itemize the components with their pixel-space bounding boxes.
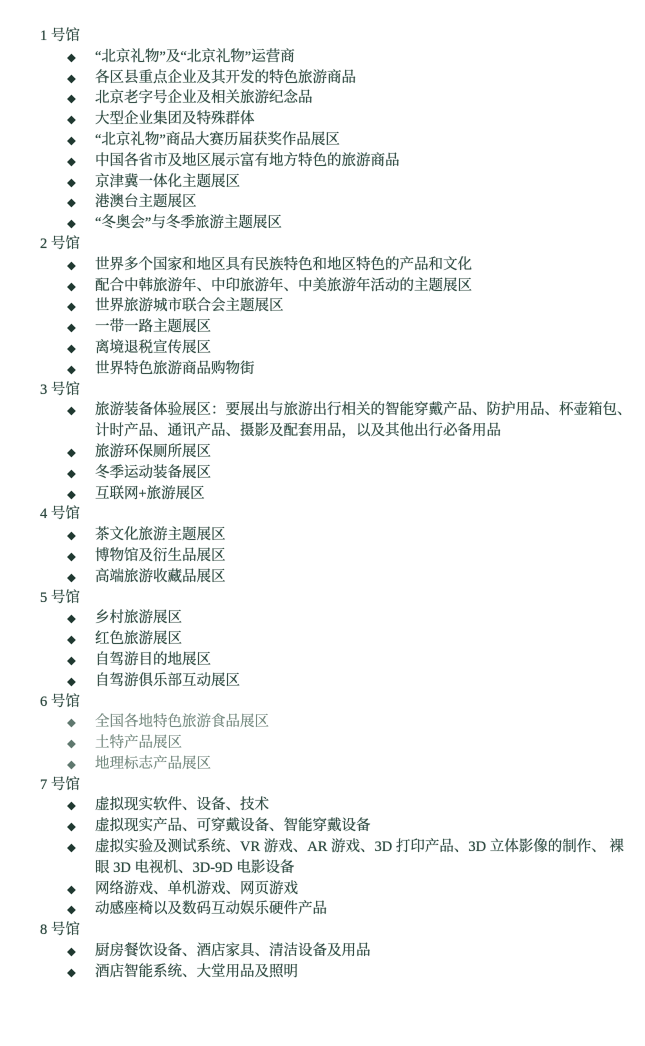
- list-item-text: 茶文化旅游主题展区: [95, 525, 633, 546]
- list-item-text: 世界特色旅游商品购物街: [95, 359, 633, 380]
- list-item-text: 全国各地特色旅游食品展区: [95, 712, 633, 733]
- diamond-bullet-icon: ◆: [40, 88, 95, 109]
- list-item-text: “冬奥会”与冬季旅游主题展区: [95, 213, 633, 234]
- list-item: ◆互联网+旅游展区: [40, 484, 633, 505]
- diamond-bullet-icon: ◆: [40, 484, 95, 505]
- diamond-bullet-icon: ◆: [40, 671, 95, 692]
- diamond-bullet-icon: ◆: [40, 629, 95, 650]
- diamond-bullet-icon: ◆: [40, 338, 95, 359]
- list-item: ◆红色旅游展区: [40, 629, 633, 650]
- diamond-bullet-icon: ◆: [40, 525, 95, 546]
- list-item: ◆虚拟现实产品、可穿戴设备、智能穿戴设备: [40, 816, 633, 837]
- list-item: ◆动感座椅以及数码互动娱乐硬件产品: [40, 899, 633, 920]
- list-item: ◆港澳台主题展区: [40, 192, 633, 213]
- diamond-bullet-icon: ◆: [40, 546, 95, 567]
- list-item: ◆北京老字号企业及相关旅游纪念品: [40, 88, 633, 109]
- list-item: ◆配合中韩旅游年、中印旅游年、中美旅游年活动的主题展区: [40, 276, 633, 297]
- list-item: ◆茶文化旅游主题展区: [40, 525, 633, 546]
- hall-section: 8 号馆◆厨房餐饮设备、酒店家具、清洁设备及用品◆酒店智能系统、大堂用品及照明: [40, 920, 633, 982]
- document-page: 1 号馆◆“北京礼物”及“北京礼物”运营商◆各区县重点企业及其开发的特色旅游商品…: [0, 0, 645, 1046]
- list-item: ◆中国各省市及地区展示富有地方特色的旅游商品: [40, 151, 633, 172]
- diamond-bullet-icon: ◆: [40, 712, 95, 733]
- list-item-text: 地理标志产品展区: [95, 754, 633, 775]
- hall-title: 2 号馆: [40, 234, 633, 255]
- diamond-bullet-icon: ◆: [40, 899, 95, 920]
- list-item-text: 动感座椅以及数码互动娱乐硬件产品: [95, 899, 633, 920]
- list-item-text: 虚拟现实软件、设备、技术: [95, 795, 633, 816]
- hall-section: 3 号馆◆旅游装备体验展区：要展出与旅游出行相关的智能穿戴产品、防护用品、杯壶箱…: [40, 380, 633, 505]
- list-item: ◆“北京礼物”商品大赛历届获奖作品展区: [40, 130, 633, 151]
- list-item-text: 中国各省市及地区展示富有地方特色的旅游商品: [95, 151, 633, 172]
- list-item: ◆虚拟现实软件、设备、技术: [40, 795, 633, 816]
- diamond-bullet-icon: ◆: [40, 255, 95, 276]
- hall-title: 5 号馆: [40, 588, 633, 609]
- hall-section: 4 号馆◆茶文化旅游主题展区◆博物馆及衍生品展区◆高端旅游收藏品展区: [40, 504, 633, 587]
- list-item-text: 网络游戏、单机游戏、网页游戏: [95, 879, 633, 900]
- list-item-text: 红色旅游展区: [95, 629, 633, 650]
- list-item: ◆高端旅游收藏品展区: [40, 567, 633, 588]
- diamond-bullet-icon: ◆: [40, 172, 95, 193]
- list-item: ◆旅游环保厕所展区: [40, 442, 633, 463]
- diamond-bullet-icon: ◆: [40, 733, 95, 754]
- list-item-text: 旅游装备体验展区：要展出与旅游出行相关的智能穿戴产品、防护用品、杯壶箱包、计时产…: [95, 400, 633, 442]
- hall-section: 7 号馆◆虚拟现实软件、设备、技术◆虚拟现实产品、可穿戴设备、智能穿戴设备◆虚拟…: [40, 775, 633, 921]
- diamond-bullet-icon: ◆: [40, 213, 95, 234]
- diamond-bullet-icon: ◆: [40, 941, 95, 962]
- hall-section: 1 号馆◆“北京礼物”及“北京礼物”运营商◆各区县重点企业及其开发的特色旅游商品…: [40, 26, 633, 234]
- list-item-text: 配合中韩旅游年、中印旅游年、中美旅游年活动的主题展区: [95, 276, 633, 297]
- list-item: ◆土特产品展区: [40, 733, 633, 754]
- diamond-bullet-icon: ◆: [40, 109, 95, 130]
- hall-title: 1 号馆: [40, 26, 633, 47]
- diamond-bullet-icon: ◆: [40, 608, 95, 629]
- list-item: ◆旅游装备体验展区：要展出与旅游出行相关的智能穿戴产品、防护用品、杯壶箱包、计时…: [40, 400, 633, 442]
- diamond-bullet-icon: ◆: [40, 879, 95, 900]
- list-item: ◆世界多个国家和地区具有民族特色和地区特色的产品和文化: [40, 255, 633, 276]
- list-item: ◆京津冀一体化主题展区: [40, 172, 633, 193]
- list-item: ◆“北京礼物”及“北京礼物”运营商: [40, 47, 633, 68]
- diamond-bullet-icon: ◆: [40, 962, 95, 983]
- list-item: ◆酒店智能系统、大堂用品及照明: [40, 962, 633, 983]
- diamond-bullet-icon: ◆: [40, 816, 95, 837]
- list-item-text: 各区县重点企业及其开发的特色旅游商品: [95, 68, 633, 89]
- list-item-text: 厨房餐饮设备、酒店家具、清洁设备及用品: [95, 941, 633, 962]
- list-item-text: 土特产品展区: [95, 733, 633, 754]
- diamond-bullet-icon: ◆: [40, 442, 95, 463]
- list-item: ◆虚拟实验及测试系统、VR 游戏、AR 游戏、3D 打印产品、3D 立体影像的制…: [40, 837, 633, 879]
- diamond-bullet-icon: ◆: [40, 296, 95, 317]
- list-item-text: “北京礼物”及“北京礼物”运营商: [95, 47, 633, 68]
- list-item: ◆厨房餐饮设备、酒店家具、清洁设备及用品: [40, 941, 633, 962]
- hall-section: 6 号馆◆全国各地特色旅游食品展区◆土特产品展区◆地理标志产品展区: [40, 692, 633, 775]
- hall-title: 6 号馆: [40, 692, 633, 713]
- list-item-text: 大型企业集团及特殊群体: [95, 109, 633, 130]
- diamond-bullet-icon: ◆: [40, 795, 95, 816]
- hall-title: 7 号馆: [40, 775, 633, 796]
- hall-section: 5 号馆◆乡村旅游展区◆红色旅游展区◆自驾游目的地展区◆自驾游俱乐部互动展区: [40, 588, 633, 692]
- hall-section: 2 号馆◆世界多个国家和地区具有民族特色和地区特色的产品和文化◆配合中韩旅游年、…: [40, 234, 633, 380]
- list-item-text: 酒店智能系统、大堂用品及照明: [95, 962, 633, 983]
- list-item-text: 世界旅游城市联合会主题展区: [95, 296, 633, 317]
- diamond-bullet-icon: ◆: [40, 47, 95, 68]
- diamond-bullet-icon: ◆: [40, 463, 95, 484]
- list-item: ◆各区县重点企业及其开发的特色旅游商品: [40, 68, 633, 89]
- list-item: ◆自驾游目的地展区: [40, 650, 633, 671]
- list-item: ◆一带一路主题展区: [40, 317, 633, 338]
- diamond-bullet-icon: ◆: [40, 276, 95, 297]
- list-item-text: 乡村旅游展区: [95, 608, 633, 629]
- list-item: ◆离境退税宣传展区: [40, 338, 633, 359]
- diamond-bullet-icon: ◆: [40, 754, 95, 775]
- list-item-text: 旅游环保厕所展区: [95, 442, 633, 463]
- list-item-text: 虚拟现实产品、可穿戴设备、智能穿戴设备: [95, 816, 633, 837]
- diamond-bullet-icon: ◆: [40, 567, 95, 588]
- list-item: ◆博物馆及衍生品展区: [40, 546, 633, 567]
- list-item: ◆冬季运动装备展区: [40, 463, 633, 484]
- list-item: ◆世界特色旅游商品购物街: [40, 359, 633, 380]
- diamond-bullet-icon: ◆: [40, 650, 95, 671]
- list-item-text: 京津冀一体化主题展区: [95, 172, 633, 193]
- list-item-text: 博物馆及衍生品展区: [95, 546, 633, 567]
- diamond-bullet-icon: ◆: [40, 837, 95, 858]
- list-item: ◆全国各地特色旅游食品展区: [40, 712, 633, 733]
- list-item-text: 自驾游俱乐部互动展区: [95, 671, 633, 692]
- list-item: ◆地理标志产品展区: [40, 754, 633, 775]
- list-item-text: “北京礼物”商品大赛历届获奖作品展区: [95, 130, 633, 151]
- list-item: ◆世界旅游城市联合会主题展区: [40, 296, 633, 317]
- list-item-text: 离境退税宣传展区: [95, 338, 633, 359]
- diamond-bullet-icon: ◆: [40, 359, 95, 380]
- list-item-text: 高端旅游收藏品展区: [95, 567, 633, 588]
- list-item-text: 自驾游目的地展区: [95, 650, 633, 671]
- list-item: ◆大型企业集团及特殊群体: [40, 109, 633, 130]
- list-item-text: 世界多个国家和地区具有民族特色和地区特色的产品和文化: [95, 255, 633, 276]
- hall-title: 8 号馆: [40, 920, 633, 941]
- list-item: ◆自驾游俱乐部互动展区: [40, 671, 633, 692]
- diamond-bullet-icon: ◆: [40, 317, 95, 338]
- list-item-text: 冬季运动装备展区: [95, 463, 633, 484]
- list-item: ◆乡村旅游展区: [40, 608, 633, 629]
- diamond-bullet-icon: ◆: [40, 400, 95, 421]
- list-item: ◆“冬奥会”与冬季旅游主题展区: [40, 213, 633, 234]
- diamond-bullet-icon: ◆: [40, 192, 95, 213]
- diamond-bullet-icon: ◆: [40, 68, 95, 89]
- hall-title: 4 号馆: [40, 504, 633, 525]
- list-item-text: 港澳台主题展区: [95, 192, 633, 213]
- list-item-text: 北京老字号企业及相关旅游纪念品: [95, 88, 633, 109]
- list-item-text: 一带一路主题展区: [95, 317, 633, 338]
- list-item: ◆网络游戏、单机游戏、网页游戏: [40, 879, 633, 900]
- diamond-bullet-icon: ◆: [40, 151, 95, 172]
- list-item-text: 虚拟实验及测试系统、VR 游戏、AR 游戏、3D 打印产品、3D 立体影像的制作…: [95, 837, 633, 879]
- list-item-text: 互联网+旅游展区: [95, 484, 633, 505]
- diamond-bullet-icon: ◆: [40, 130, 95, 151]
- hall-title: 3 号馆: [40, 380, 633, 401]
